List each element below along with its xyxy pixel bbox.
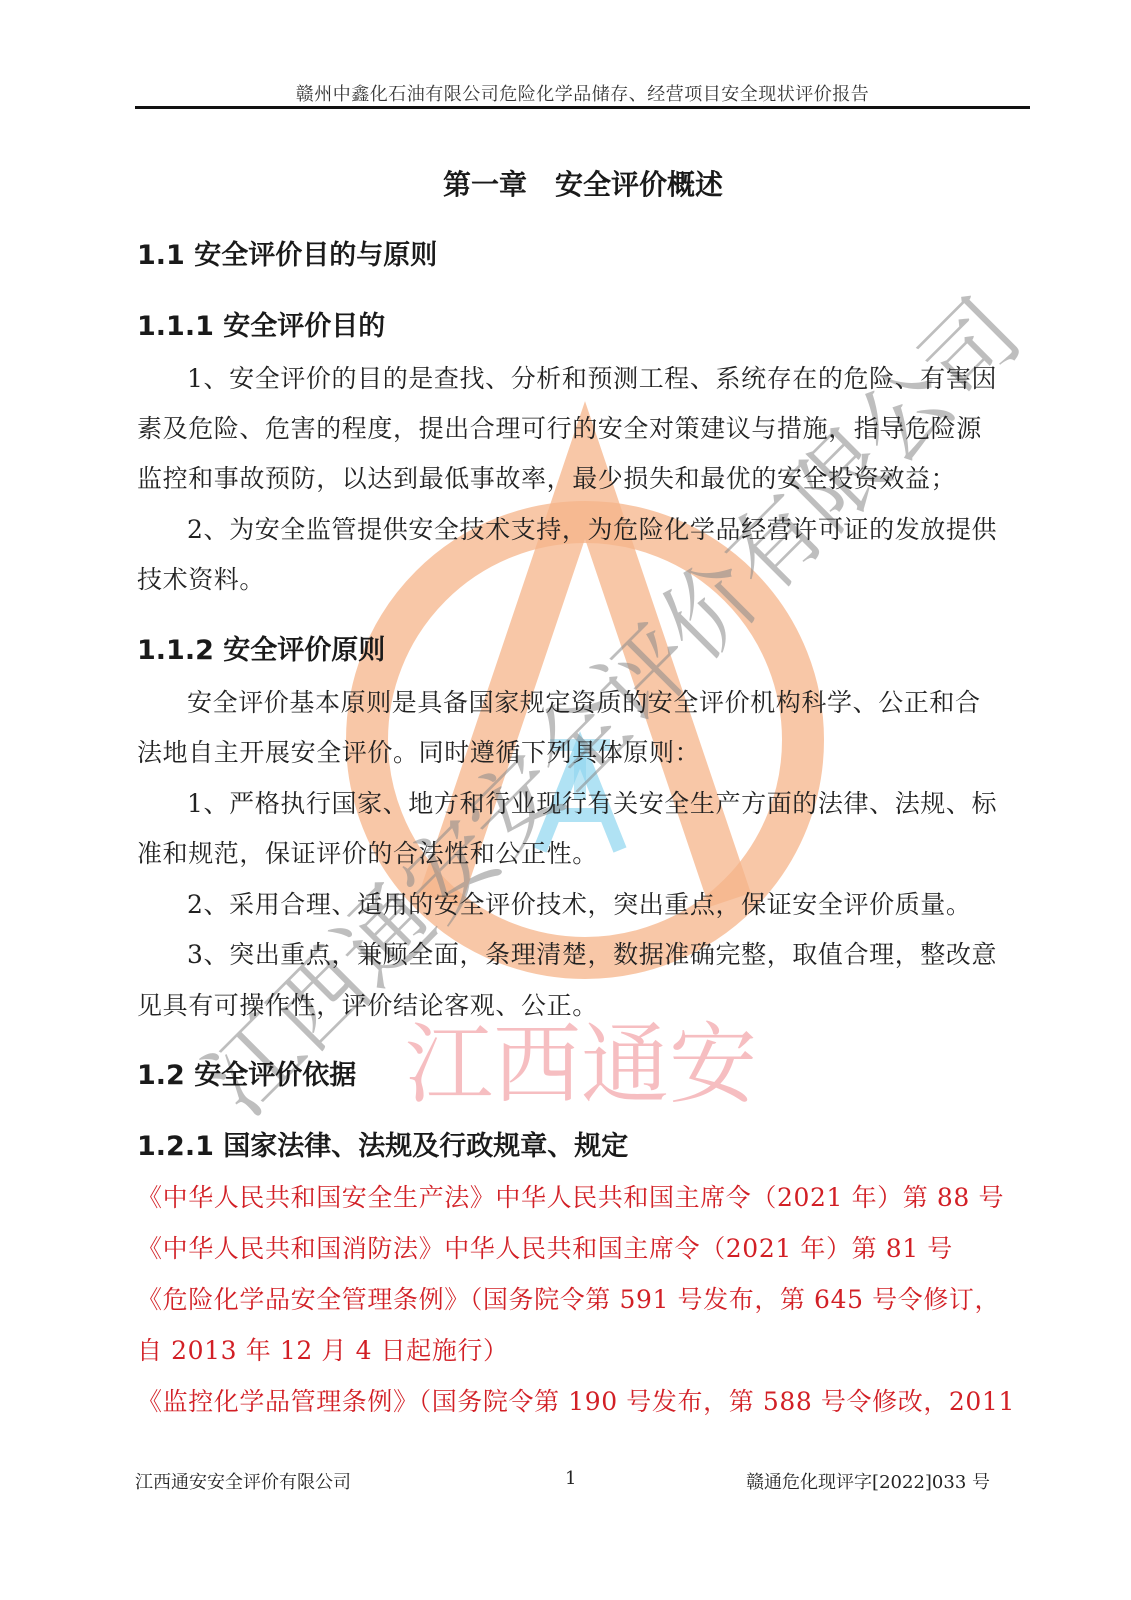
section-heading-1-1: 1.1 安全评价目的与原则	[137, 241, 1029, 271]
law-reference-line: 自 2013 年 12 月 4 日起施行）	[137, 1336, 1029, 1366]
chapter-title: 第一章 安全评价概述	[137, 170, 1029, 200]
paragraph-line: 监控和事故预防，以达到最低事故率，最少损失和最优的安全投资效益；	[137, 464, 1029, 494]
paragraph-line: 3、突出重点，兼顾全面，条理清楚，数据准确完整，取值合理，整改意	[137, 940, 1029, 970]
paragraph-line: 2、采用合理、适用的安全评价技术，突出重点，保证安全评价质量。	[137, 890, 1029, 920]
paragraph-line: 安全评价基本原则是具备国家规定资质的安全评价机构科学、公正和合	[137, 688, 1029, 718]
header-rule	[135, 106, 1030, 109]
law-reference-line: 《监控化学品管理条例》（国务院令第 190 号发布，第 588 号令修改，201…	[137, 1387, 1029, 1417]
paragraph-line: 见具有可操作性，评价结论客观、公正。	[137, 991, 1029, 1021]
paragraph-line: 2、为安全监管提供安全技术支持，为危险化学品经营许可证的发放提供	[137, 515, 1029, 545]
law-reference-line: 《中华人民共和国安全生产法》中华人民共和国主席令（2021 年）第 88 号	[137, 1183, 1029, 1213]
footer-company: 江西通安安全评价有限公司	[135, 1468, 351, 1494]
paragraph-line: 素及危险、危害的程度，提出合理可行的安全对策建议与措施，指导危险源	[137, 414, 1029, 444]
paragraph-line: 准和规范，保证评价的合法性和公正性。	[137, 839, 1029, 869]
law-reference-line: 《中华人民共和国消防法》中华人民共和国主席令（2021 年）第 81 号	[137, 1234, 1029, 1264]
footer-doc-number: 赣通危化现评字[2022]033 号	[746, 1468, 990, 1494]
section-heading-1-2: 1.2 安全评价依据	[137, 1061, 1029, 1091]
paragraph-line: 1、安全评价的目的是查找、分析和预测工程、系统存在的危险、有害因	[137, 364, 1029, 394]
running-header: 赣州中鑫化石油有限公司危险化学品储存、经营项目安全现状评价报告	[135, 80, 1030, 106]
document-page: 江西通安安全评价有限公司 江西通安 赣州中鑫化石油有限公司危险化学品储存、经营项…	[0, 0, 1131, 1600]
section-heading-1-2-1: 1.2.1 国家法律、法规及行政规章、规定	[137, 1132, 1029, 1162]
section-heading-1-1-2: 1.1.2 安全评价原则	[137, 636, 1029, 666]
paragraph-line: 法地自主开展安全评价。同时遵循下列具体原则：	[137, 738, 1029, 768]
law-reference-line: 《危险化学品安全管理条例》（国务院令第 591 号发布，第 645 号令修订，	[137, 1285, 1029, 1315]
section-heading-1-1-1: 1.1.1 安全评价目的	[137, 312, 1029, 342]
page-number: 1	[565, 1468, 576, 1489]
paragraph-line: 技术资料。	[137, 565, 1029, 595]
paragraph-line: 1、严格执行国家、地方和行业现行有关安全生产方面的法律、法规、标	[137, 789, 1029, 819]
